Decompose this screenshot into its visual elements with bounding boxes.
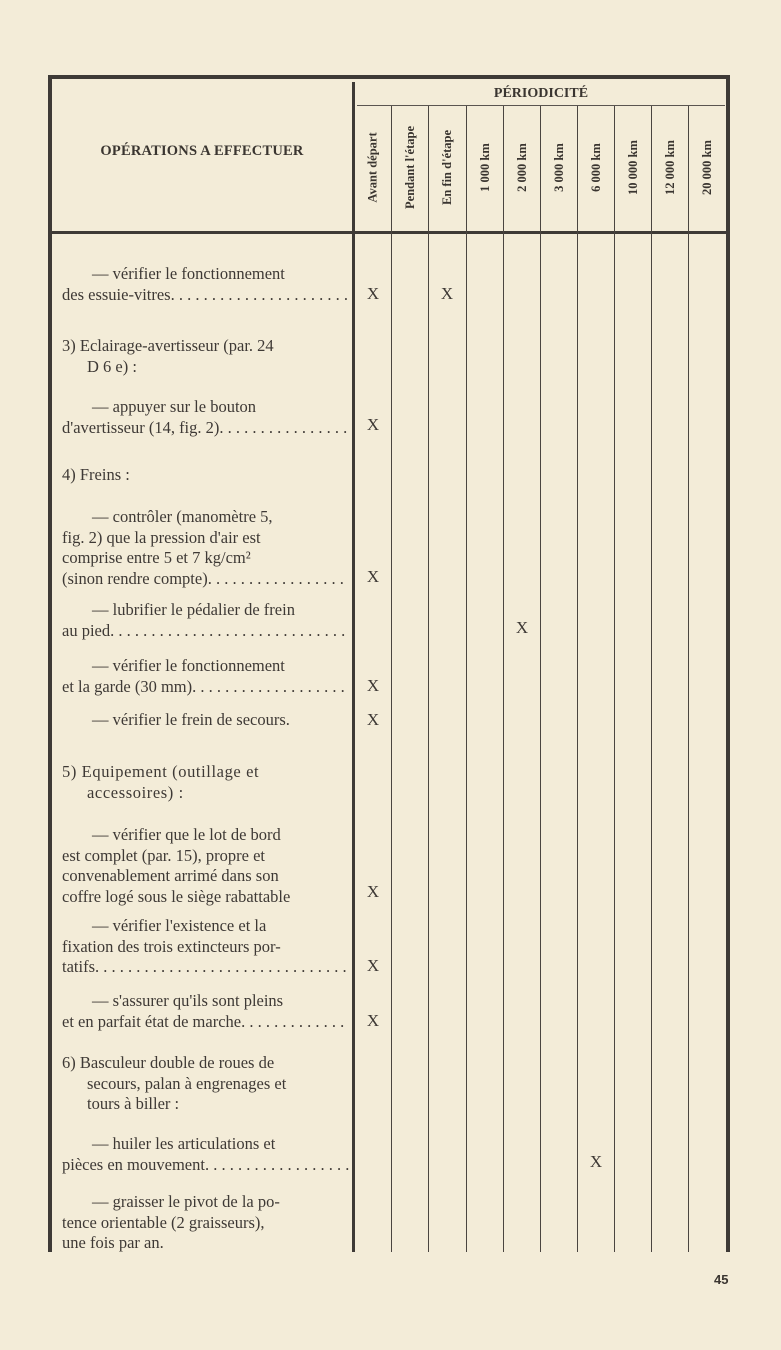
column-header-12000km: 12 000 km [652,108,688,226]
section-heading: 5) Equipement (outillage et accessoires)… [62,762,349,803]
section-heading: 3) Eclairage-avertisseur (par. 24 D 6 e)… [62,336,349,377]
mark-x: X [361,567,385,587]
column-header-fin-etape: En fin d'étape [429,108,466,226]
mark-x: X [584,1152,608,1172]
operation-row: — lubrifier le pédalier de frein au pied [62,600,349,641]
operation-row: — vérifier le fonctionnement des essuie-… [62,264,349,305]
mark-x: X [361,956,385,976]
column-separator [688,106,689,1252]
column-header-6000km: 6 000 km [578,108,614,226]
table-frame-left [48,75,52,1252]
column-header-1000km: 1 000 km [467,108,503,226]
column-header-2000km: 2 000 km [504,108,540,226]
operation-row: — vérifier que le lot de bord est comple… [62,825,349,907]
mark-x: X [361,284,385,304]
operations-heading: OPÉRATIONS A EFFECTUER [52,143,352,160]
column-separator [466,106,467,1252]
header-rule [52,231,728,234]
column-header-pendant-etape: Pendant l'étape [392,108,428,226]
column-separator [651,106,652,1252]
operation-row: — s'assurer qu'ils sont pleins et en par… [62,991,349,1032]
column-separator [577,106,578,1252]
column-header-avant-depart: Avant départ [355,108,391,226]
column-header-3000km: 3 000 km [541,108,577,226]
table-frame-top [48,75,730,79]
mark-x: X [361,676,385,696]
operation-row: — vérifier le frein de secours. [62,710,349,731]
section-heading: 4) Freins : [62,465,349,486]
page-number: 45 [714,1272,728,1287]
operations-divider [352,82,355,1252]
column-separator [503,106,504,1252]
operation-row: — vérifier le fonctionnement et la garde… [62,656,349,697]
column-separator [614,106,615,1252]
operation-row: — vérifier l'existence et la fixation de… [62,916,349,978]
mark-x: X [361,1011,385,1031]
mark-x: X [361,882,385,902]
column-separator [540,106,541,1252]
mark-x: X [361,415,385,435]
operation-row: — graisser le pivot de la po- tence orie… [62,1192,349,1254]
column-separator [391,106,392,1252]
periodicity-rule [357,105,725,106]
column-header-10000km: 10 000 km [615,108,651,226]
mark-x: X [435,284,459,304]
operation-row: — huiler les articulations et pièces en … [62,1134,349,1175]
table-frame-right [726,75,730,1252]
operation-row: — contrôler (manomètre 5, fig. 2) que la… [62,507,349,589]
section-heading: 6) Basculeur double de roues de secours,… [62,1053,349,1115]
mark-x: X [361,710,385,730]
periodicity-heading: PÉRIODICITÉ [355,86,727,102]
operation-row: — appuyer sur le bouton d'avertisseur (1… [62,397,349,438]
column-header-20000km: 20 000 km [689,108,726,226]
mark-x: X [510,618,534,638]
column-separator [428,106,429,1252]
